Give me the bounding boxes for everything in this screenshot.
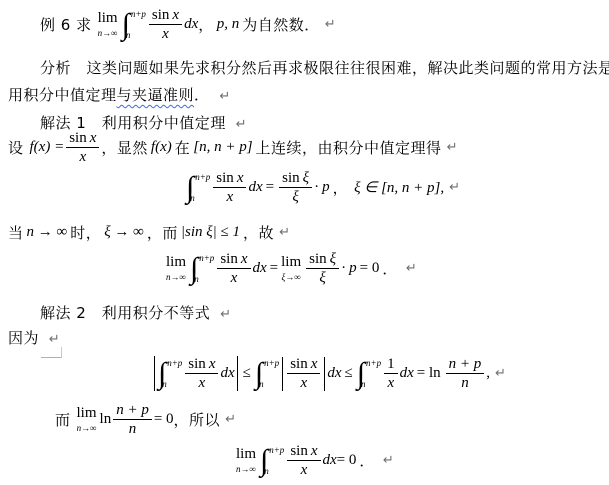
because-line: 因为 ↵ xyxy=(8,327,60,348)
n-to-infinity: n → ∞ xyxy=(27,224,68,241)
dx: dx xyxy=(248,179,262,196)
placeholder-box-artifact xyxy=(41,347,62,358)
cdot: · xyxy=(341,260,346,277)
setup-line: 设 f(x) = sin x x ，显然 f(x) 在 [n, n + p] 上… xyxy=(8,130,457,165)
cdot: · xyxy=(314,179,319,196)
fraction-sinxi-over-xi: sin ξ ξ xyxy=(306,251,339,286)
abs-sin-xi-le-1: |sin ξ| ≤ 1 xyxy=(181,224,240,241)
limit-operator: lim n→∞ xyxy=(236,447,256,474)
equals-zero: = 0 xyxy=(360,260,380,277)
limit-operator: lim n→∞ xyxy=(77,406,97,433)
example-label: 例 6 求 xyxy=(40,14,92,35)
paragraph-mark: ↵ xyxy=(219,89,230,104)
since-limit-ln-line: 而 lim n→∞ ln n + p n = 0 ，所以 ↵ xyxy=(55,402,236,437)
paragraph-mark: ↵ xyxy=(220,307,231,322)
document-page: 例 6 求 lim n→∞ ∫ n+p n sin x x dx ， p, n … xyxy=(0,0,609,485)
dx: dx xyxy=(323,452,337,469)
paragraph-mark: ↵ xyxy=(225,412,236,427)
integral-n-np: ∫ n+p n xyxy=(357,357,381,391)
fraction-sinx-over-x: sin x x xyxy=(213,170,246,205)
less-equal: ≤ xyxy=(243,365,251,382)
example-6-heading-line: 例 6 求 lim n→∞ ∫ n+p n sin x x dx ， p, n … xyxy=(40,7,336,42)
solution-2-heading: 解法 2 利用积分不等式 ↵ xyxy=(40,302,231,323)
dx: dx xyxy=(327,365,341,382)
analysis-line-2: 用积分中值定理与夹逼准则． ↵ xyxy=(8,84,230,105)
integral-n-np: ∫ n+p n xyxy=(190,252,214,286)
interval-n-np: [n, n + p] xyxy=(193,139,252,156)
equals-zero: = 0 xyxy=(337,452,357,469)
paragraph-mark: ↵ xyxy=(406,261,417,276)
fraction-one-over-x: 1 x xyxy=(384,356,398,391)
integral-n-np: ∫ n+p n xyxy=(122,8,146,42)
fraction-sinx-over-x: sin x x xyxy=(287,443,320,478)
paragraph-mark: ↵ xyxy=(49,332,60,347)
fraction-sinx-over-x: sin x x xyxy=(185,356,218,391)
f-of-x-equals: f(x) = xyxy=(30,139,65,156)
abs-bar-left xyxy=(154,356,155,391)
equals: = xyxy=(270,260,278,277)
p-n-vars: p, n xyxy=(217,16,240,33)
paragraph-mark: ↵ xyxy=(325,17,336,32)
equals-ln: = ln xyxy=(417,365,441,382)
paragraph-mark: ↵ xyxy=(383,453,394,468)
integral-n-np: ∫ n+p n xyxy=(158,357,182,391)
abs-bar-right xyxy=(237,356,238,391)
formula-mean-value: ∫ n+p n sin x x dx = sin ξ ξ · p ， ξ ∈ [… xyxy=(185,170,460,205)
fraction-sinx-over-x: sin x x xyxy=(66,130,99,165)
abs-bar-right xyxy=(324,357,325,391)
dx: dx xyxy=(253,260,267,277)
dx: dx xyxy=(400,365,414,382)
equals-zero: = 0 xyxy=(154,411,174,428)
fraction-sinx-over-x: sin x x xyxy=(217,251,250,286)
f-of-x: f(x) xyxy=(151,139,172,156)
paragraph-mark: ↵ xyxy=(449,180,460,195)
p-var: p xyxy=(349,260,357,277)
formula-limit-mean-value: lim n→∞ ∫ n+p n sin x x dx = lim ξ→∞ sin xyxy=(166,251,417,286)
xi-to-infinity: ξ → ∞ xyxy=(104,224,144,241)
wavy-underlined-text: 与夹逼准则 xyxy=(117,86,195,104)
p-var: p xyxy=(322,179,330,196)
limit-operator: lim n→∞ xyxy=(166,255,186,282)
ln-operator: ln xyxy=(100,411,112,428)
fraction-sinx-over-x: sin x x xyxy=(149,7,182,42)
fraction-np-over-n: n + p n xyxy=(446,356,485,391)
formula-inequality-chain: ∫ n+p n sin x x dx ≤ ∫ n+p n sin xyxy=(152,356,506,391)
equals: = xyxy=(266,179,274,196)
fraction-np-over-n: n + p n xyxy=(113,402,152,437)
fraction-sinx-over-x: sin x x xyxy=(287,356,320,391)
as-n-to-infinity-line: 当 n → ∞ 时， ξ → ∞ ，而 |sin ξ| ≤ 1 ，故 ↵ xyxy=(8,222,290,243)
fraction-sinxi-over-xi: sin ξ ξ xyxy=(279,170,312,205)
integral-n-np: ∫ n+p n xyxy=(186,171,210,205)
dx: dx xyxy=(220,365,234,382)
integral-n-np: ∫ n+p n xyxy=(255,357,279,391)
integral-n-np: ∫ n+p n xyxy=(260,444,284,478)
less-equal: ≤ xyxy=(345,365,353,382)
xi-in-interval: ξ ∈ [n, n + p], xyxy=(354,178,444,197)
dx: dx xyxy=(184,16,198,33)
analysis-line-1: 分析 这类问题如果先求积分然后再求极限往往很困难，解决此类问题的常用方法是利 xyxy=(40,57,609,78)
paragraph-mark: ↵ xyxy=(495,366,506,381)
paragraph-mark: ↵ xyxy=(447,140,458,155)
abs-bar-left xyxy=(282,357,283,391)
limit-operator: lim n→∞ xyxy=(98,11,118,38)
paragraph-mark: ↵ xyxy=(279,225,290,240)
comma: , xyxy=(486,365,490,382)
formula-final-result: lim n→∞ ∫ n+p n sin x x dx = 0 ． ↵ xyxy=(236,443,394,478)
limit-operator-xi: lim ξ→∞ xyxy=(281,255,301,282)
